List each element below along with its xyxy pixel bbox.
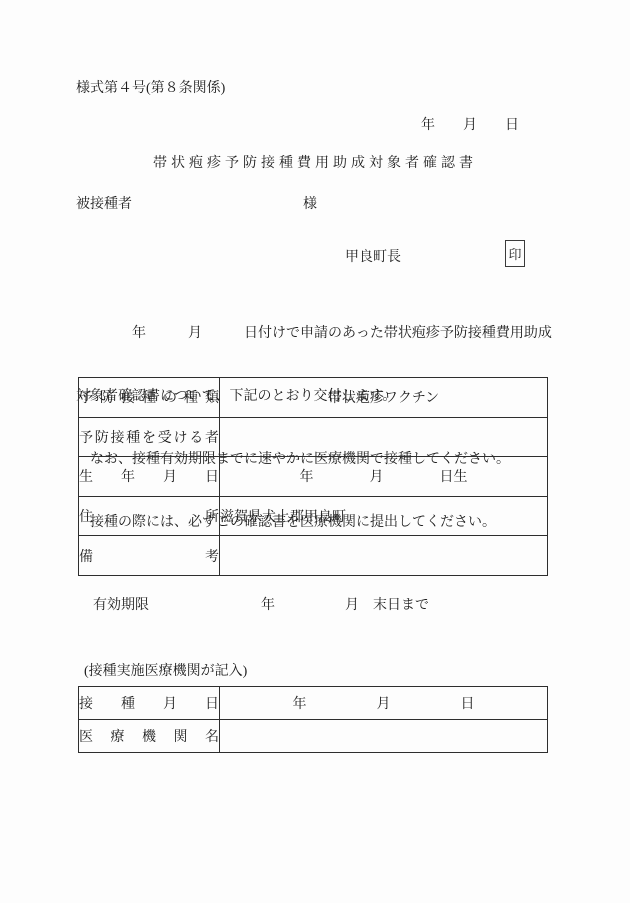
page-title: 帯状疱疹予防接種費用助成対象者確認書 [0,152,630,172]
row-label-vaccine-type: 予防接種の種類 [79,378,220,418]
valid-until-line: 有効期限 年 月 末日まで [93,594,429,614]
row-value-vaccine-type: 帯状疱疹ワクチン [220,378,548,418]
row-value-remarks [220,536,548,576]
recipient-label: 被接種者 [76,193,132,213]
row-value-clinic-name [220,720,548,753]
row-value-recipient [220,417,548,457]
row-label-vaccination-date: 接種月日 [79,687,220,720]
row-value-vaccination-date: 年 月 日 [220,687,548,720]
row-label-birthdate: 生年月日 [79,457,220,497]
table-row: 予防接種を受ける者 [79,417,548,457]
issue-date-line: 年 月 日 [421,114,519,134]
document-page: 様式第４号(第８条関係) 年 月 日 帯状疱疹予防接種費用助成対象者確認書 被接… [0,0,630,903]
row-label-clinic-name: 医療機関名 [79,720,220,753]
table-row: 生年月日 年 月 日生 [79,457,548,497]
seal-mark: 印 [505,240,525,267]
row-value-birthdate: 年 月 日生 [220,457,548,497]
table-row: 予防接種の種類 帯状疱疹ワクチン [79,378,548,418]
row-label-remarks: 備考 [79,536,220,576]
clinic-entry-note: (接種実施医療機関が記入) [84,660,247,680]
table-row: 住所 滋賀県犬上郡甲良町 [79,496,548,536]
recipient-honorific: 様 [303,193,317,213]
clinic-table: 接種月日 年 月 日 医療機関名 [78,686,548,753]
form-number: 様式第４号(第８条関係) [76,77,225,97]
eligibility-table: 予防接種の種類 帯状疱疹ワクチン 予防接種を受ける者 生年月日 年 月 日生 住… [78,377,548,576]
table-row: 備考 [79,536,548,576]
row-value-address: 滋賀県犬上郡甲良町 [220,496,548,536]
body-line: 年 月 日付けで申請のあった帯状疱疹予防接種費用助成 [76,323,576,344]
table-row: 医療機関名 [79,720,548,753]
mayor-name: 甲良町長 [345,246,401,266]
row-label-recipient: 予防接種を受ける者 [79,417,220,457]
table-row: 接種月日 年 月 日 [79,687,548,720]
row-label-address: 住所 [79,496,220,536]
